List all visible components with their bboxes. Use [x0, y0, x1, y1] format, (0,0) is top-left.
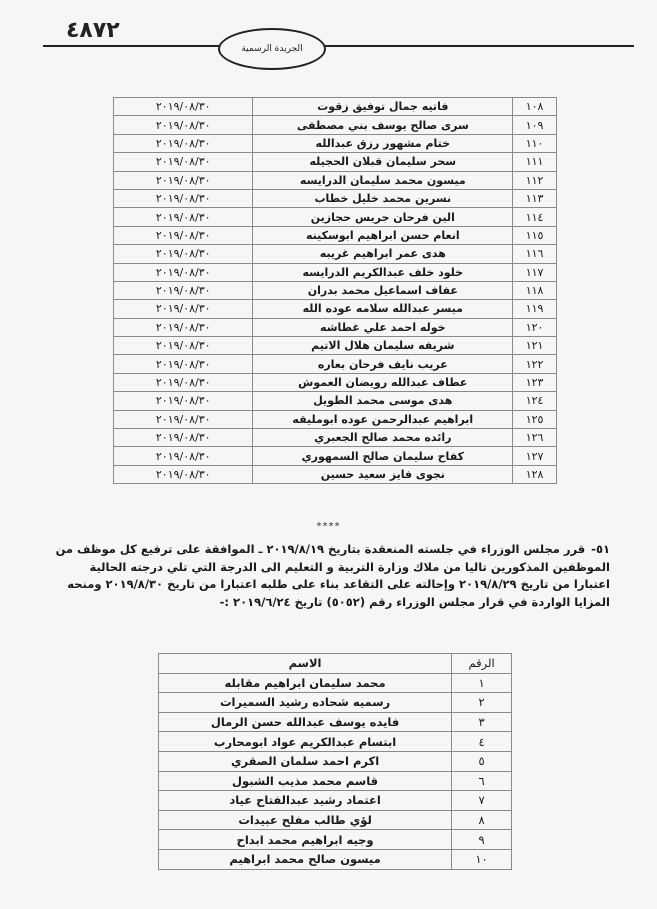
table-row: ٢٠١٩/٠٨/٣٠شريفه سليمان هلال الاتيم١٢١	[114, 337, 557, 355]
table-row: ٦قاسم محمد مذيب الشبول	[159, 771, 512, 791]
table-row: ٢٠١٩/٠٨/٣٠فاتيه جمال توفيق زقوت١٠٨	[114, 98, 557, 116]
retirement-date-cell: ٢٠١٩/٠٨/٣٠	[114, 98, 253, 116]
retirement-date-cell: ٢٠١٩/٠٨/٣٠	[114, 134, 253, 152]
retirement-date-cell: ٢٠١٩/٠٨/٣٠	[114, 189, 253, 207]
employee-name-cell: انعام حسن ابراهيم ابوسكينه	[253, 226, 513, 244]
serial-number-cell: ١١٢	[513, 171, 557, 189]
table-row: ٢٠١٩/٠٨/٣٠عفاف اسماعيل محمد بدران١١٨	[114, 281, 557, 299]
serial-number-cell: ٦	[452, 771, 512, 791]
serial-number-cell: ١١٧	[513, 263, 557, 281]
serial-number-cell: ١٢٠	[513, 318, 557, 336]
retirement-date-cell: ٢٠١٩/٠٨/٣٠	[114, 226, 253, 244]
table-row: ١محمد سليمان ابراهيم مقابله	[159, 673, 512, 693]
table-row: ٢٠١٩/٠٨/٣٠ختام مشهور رزق عبدالله١١٠	[114, 134, 557, 152]
employee-name-cell: اعتماد رشيد عبدالفتاح عياد	[159, 791, 452, 811]
retirement-date-cell: ٢٠١٩/٠٨/٣٠	[114, 429, 253, 447]
table-row: ٢٠١٩/٠٨/٣٠رائده محمد صالح الجعبري١٢٦	[114, 429, 557, 447]
employee-name-cell: خوله احمد علي غطاشه	[253, 318, 513, 336]
serial-number-cell: ١٠	[452, 849, 512, 869]
retirement-date-cell: ٢٠١٩/٠٨/٣٠	[114, 116, 253, 134]
employee-name-cell: عريب نايف فرحان بعاره	[253, 355, 513, 373]
table-row: ٢٠١٩/٠٨/٣٠ميسون محمد سليمان الدرايسه١١٢	[114, 171, 557, 189]
table-row: ٢٠١٩/٠٨/٣٠عطاف عبدالله رويضان العموش١٢٣	[114, 373, 557, 391]
serial-number-cell: ١١٥	[513, 226, 557, 244]
retirement-date-cell: ٢٠١٩/٠٨/٣٠	[114, 355, 253, 373]
serial-number-cell: ٢	[452, 693, 512, 713]
decision-paragraph: ٥١-قرر مجلس الوزراء في جلسته المنعقدة بت…	[50, 541, 610, 611]
employee-name-cell: ختام مشهور رزق عبدالله	[253, 134, 513, 152]
serial-number-cell: ٤	[452, 732, 512, 752]
employee-name-cell: سحر سليمان قبلان الحجيله	[253, 153, 513, 171]
serial-number-cell: ١٠٨	[513, 98, 557, 116]
retirement-date-cell: ٢٠١٩/٠٨/٣٠	[114, 373, 253, 391]
employee-name-cell: ميسون محمد سليمان الدرايسه	[253, 171, 513, 189]
employee-name-cell: ميسون صالح محمد ابراهيم	[159, 849, 452, 869]
employee-name-cell: هدى موسى محمد الطويل	[253, 392, 513, 410]
table-header-row: الرقم الاسم	[159, 654, 512, 674]
serial-number-cell: ٩	[452, 830, 512, 850]
serial-number-cell: ١١٦	[513, 245, 557, 263]
serial-number-cell: ١١٣	[513, 189, 557, 207]
table-row: ٤ابتسام عبدالكريم عواد ابومحارب	[159, 732, 512, 752]
employee-name-cell: ابتسام عبدالكريم عواد ابومحارب	[159, 732, 452, 752]
table-row: ١٠ميسون صالح محمد ابراهيم	[159, 849, 512, 869]
employee-name-cell: ابراهيم عبدالرحمن عوده ابومليقه	[253, 410, 513, 428]
table-row: ٢٠١٩/٠٨/٣٠سحر سليمان قبلان الحجيله١١١	[114, 153, 557, 171]
retirees-table-continued: ٢٠١٩/٠٨/٣٠فاتيه جمال توفيق زقوت١٠٨٢٠١٩/٠…	[113, 97, 557, 484]
retirement-date-cell: ٢٠١٩/٠٨/٣٠	[114, 410, 253, 428]
employee-name-cell: اكرم احمد سلمان الصقري	[159, 751, 452, 771]
table-row: ٢٠١٩/٠٨/٣٠انعام حسن ابراهيم ابوسكينه١١٥	[114, 226, 557, 244]
table-row: ٢٠١٩/٠٨/٣٠الين فرحان جريس حجازين١١٤	[114, 208, 557, 226]
employee-name-cell: نجوى فايز سعيد حسين	[253, 465, 513, 483]
serial-number-cell: ١٢١	[513, 337, 557, 355]
decision-text: قرر مجلس الوزراء في جلسته المنعقدة بتاري…	[56, 542, 610, 609]
serial-number-cell: ٨	[452, 810, 512, 830]
serial-number-cell: ١٢٨	[513, 465, 557, 483]
employee-name-cell: عفاف اسماعيل محمد بدران	[253, 281, 513, 299]
serial-number-cell: ١١١	[513, 153, 557, 171]
retirement-date-cell: ٢٠١٩/٠٨/٣٠	[114, 245, 253, 263]
retirement-date-cell: ٢٠١٩/٠٨/٣٠	[114, 318, 253, 336]
table-row: ٢٠١٩/٠٨/٣٠هدى موسى محمد الطويل١٢٤	[114, 392, 557, 410]
retirement-date-cell: ٢٠١٩/٠٨/٣٠	[114, 392, 253, 410]
employee-name-cell: قاسم محمد مذيب الشبول	[159, 771, 452, 791]
serial-number-cell: ١١٠	[513, 134, 557, 152]
serial-number-cell: ١١٤	[513, 208, 557, 226]
retirement-date-cell: ٢٠١٩/٠٨/٣٠	[114, 337, 253, 355]
serial-number-cell: ٥	[452, 751, 512, 771]
retirement-date-cell: ٢٠١٩/٠٨/٣٠	[114, 447, 253, 465]
header-rule-right	[320, 45, 634, 47]
table-row: ٢٠١٩/٠٨/٣٠خلود خلف عبدالكريم الدرايسه١١٧	[114, 263, 557, 281]
table-row: ٢٠١٩/٠٨/٣٠كفاح سليمان صالح السمهوري١٢٧	[114, 447, 557, 465]
table-row: ٢٠١٩/٠٨/٣٠ميسر عبدالله سلامه عوده الله١١…	[114, 300, 557, 318]
serial-number-cell: ١٢٥	[513, 410, 557, 428]
employee-name-cell: شريفه سليمان هلال الاتيم	[253, 337, 513, 355]
page-number: ٤٨٧٢	[66, 18, 120, 43]
employee-name-cell: رائده محمد صالح الجعبري	[253, 429, 513, 447]
table-row: ٢رسميه شحاده رشيد السميرات	[159, 693, 512, 713]
table-row: ٢٠١٩/٠٨/٣٠نجوى فايز سعيد حسين١٢٨	[114, 465, 557, 483]
table-row: ٢٠١٩/٠٨/٣٠هدى عمر ابراهيم غريبه١١٦	[114, 245, 557, 263]
employee-name-cell: فايده يوسف عبدالله حسن الرمال	[159, 712, 452, 732]
employee-name-cell: فاتيه جمال توفيق زقوت	[253, 98, 513, 116]
table-row: ٣فايده يوسف عبدالله حسن الرمال	[159, 712, 512, 732]
table-row: ٥اكرم احمد سلمان الصقري	[159, 751, 512, 771]
employee-name-cell: نسرين محمد خليل خطاب	[253, 189, 513, 207]
decision-item-number: ٥١-	[591, 542, 610, 556]
serial-number-cell: ١١٨	[513, 281, 557, 299]
table-row: ٩وجيه ابراهيم محمد ابداح	[159, 830, 512, 850]
promoted-employees-table: الرقم الاسم ١محمد سليمان ابراهيم مقابله٢…	[158, 653, 512, 870]
serial-number-cell: ٧	[452, 791, 512, 811]
serial-number-cell: ١٢٤	[513, 392, 557, 410]
employee-name-cell: هدى عمر ابراهيم غريبه	[253, 245, 513, 263]
employee-name-cell: عطاف عبدالله رويضان العموش	[253, 373, 513, 391]
table-row: ٢٠١٩/٠٨/٣٠سرى صالح يوسف بني مصطفى١٠٩	[114, 116, 557, 134]
table-row: ٧اعتماد رشيد عبدالفتاح عياد	[159, 791, 512, 811]
column-header-number: الرقم	[452, 654, 512, 674]
retirement-date-cell: ٢٠١٩/٠٨/٣٠	[114, 153, 253, 171]
retirement-date-cell: ٢٠١٩/٠٨/٣٠	[114, 263, 253, 281]
retirement-date-cell: ٢٠١٩/٠٨/٣٠	[114, 300, 253, 318]
table-row: ٢٠١٩/٠٨/٣٠نسرين محمد خليل خطاب١١٣	[114, 189, 557, 207]
serial-number-cell: ١٢٦	[513, 429, 557, 447]
employee-name-cell: لؤي طالب مفلح عبيدات	[159, 810, 452, 830]
employee-name-cell: الين فرحان جريس حجازين	[253, 208, 513, 226]
employee-name-cell: وجيه ابراهيم محمد ابداح	[159, 830, 452, 850]
employee-name-cell: سرى صالح يوسف بني مصطفى	[253, 116, 513, 134]
serial-number-cell: ١٠٩	[513, 116, 557, 134]
employee-name-cell: كفاح سليمان صالح السمهوري	[253, 447, 513, 465]
publication-title-oval: الجريدة الرسمية	[218, 28, 326, 70]
serial-number-cell: ١٢٣	[513, 373, 557, 391]
retirement-date-cell: ٢٠١٩/٠٨/٣٠	[114, 465, 253, 483]
publication-title: الجريدة الرسمية	[241, 44, 302, 54]
serial-number-cell: ١٢٧	[513, 447, 557, 465]
serial-number-cell: ١٢٢	[513, 355, 557, 373]
serial-number-cell: ١	[452, 673, 512, 693]
retirement-date-cell: ٢٠١٩/٠٨/٣٠	[114, 208, 253, 226]
section-separator: ****	[0, 521, 657, 532]
retirement-date-cell: ٢٠١٩/٠٨/٣٠	[114, 171, 253, 189]
table-row: ٢٠١٩/٠٨/٣٠خوله احمد علي غطاشه١٢٠	[114, 318, 557, 336]
retirement-date-cell: ٢٠١٩/٠٨/٣٠	[114, 281, 253, 299]
employee-name-cell: رسميه شحاده رشيد السميرات	[159, 693, 452, 713]
employee-name-cell: محمد سليمان ابراهيم مقابله	[159, 673, 452, 693]
serial-number-cell: ٣	[452, 712, 512, 732]
employee-name-cell: ميسر عبدالله سلامه عوده الله	[253, 300, 513, 318]
column-header-name: الاسم	[159, 654, 452, 674]
table-row: ٢٠١٩/٠٨/٣٠عريب نايف فرحان بعاره١٢٢	[114, 355, 557, 373]
employee-name-cell: خلود خلف عبدالكريم الدرايسه	[253, 263, 513, 281]
serial-number-cell: ١١٩	[513, 300, 557, 318]
table-row: ٨لؤي طالب مفلح عبيدات	[159, 810, 512, 830]
table-row: ٢٠١٩/٠٨/٣٠ابراهيم عبدالرحمن عوده ابومليق…	[114, 410, 557, 428]
